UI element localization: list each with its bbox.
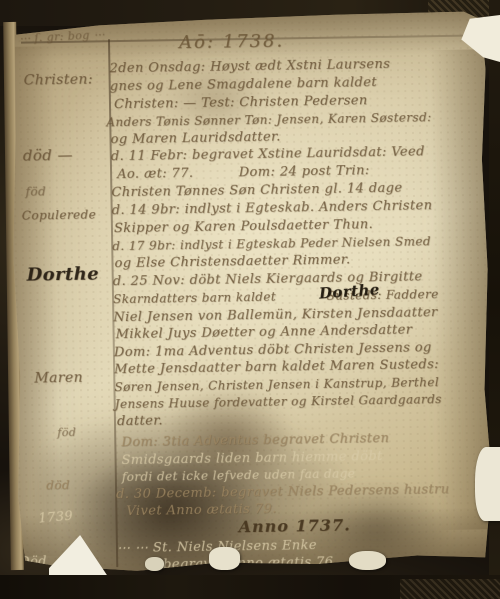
margin-year-1739: 1739	[38, 509, 74, 527]
manuscript-line: Dom: 3tia Adventus begravet Christen	[121, 431, 389, 450]
manuscript-line: fordi det icke lefvede uden faa dage	[122, 466, 356, 484]
torn-patch-right-edge	[475, 447, 500, 521]
torn-shard-bottom-3	[145, 557, 164, 571]
manuscript-line: 2den Onsdag: Høyst ædt Xstni Laursens	[109, 57, 390, 76]
margin-name-christen: Christen:	[23, 71, 93, 88]
manuscript-line: Ao. æt: 77. Dom: 24 post Trin:	[117, 163, 370, 182]
manuscript-line: Mette Jensdaatter barn kaldet Maren Sust…	[114, 357, 439, 377]
margin-copulerede: Copulerede	[22, 207, 97, 222]
anno-1737-heading: Anno 1737.	[239, 515, 351, 536]
margin-dod-2: död	[46, 478, 70, 492]
year-heading-1738: Aō: 1738.	[179, 30, 284, 53]
manuscript-line: Skarndatters barn kaldet Susteds: Fadder…	[113, 287, 439, 306]
manuscript-line: datter.	[117, 413, 163, 429]
torn-shard-bottom-2	[349, 551, 386, 570]
manuscript-line: Mikkel Juys Døetter og Anne Andersdatter	[116, 322, 413, 342]
manuscript-line: Smidsgaards liden barn hiemme döbt	[121, 449, 382, 468]
margin-name-maren: Maren	[34, 370, 83, 387]
manuscript-line: og Maren Lauridsdatter.	[110, 130, 280, 148]
manuscript-line: og Else Christensdaetter Rimmer.	[114, 252, 350, 271]
manuscript-line: d. 30 Decemb: begravet Niels Pedersens h…	[116, 482, 449, 502]
manuscript-line: d. 11 Febr: begravet Xstine Lauridsdat: …	[111, 144, 425, 164]
manuscript-line: gnes og Lene Smagdalene barn kaldet	[110, 75, 377, 94]
margin-fod-1: föd	[25, 184, 46, 198]
manuscript-line: Jensens Huuse fordevatter og Kirstel Gaa…	[115, 392, 442, 411]
margin-name-dorthe: Dorthe	[27, 263, 100, 285]
manuscript-line: Skipper og Karen Poulsdaetter Thun.	[114, 217, 373, 236]
manuscript-line: d. 17 9br: indlyst i Egteskab Peder Niel…	[112, 234, 431, 253]
top-left-inscription: ⋯ ſ. gr: bog ⋯	[19, 28, 105, 45]
manuscript-line: Anders Tønis Sønner Tøn: Jensen, Karen S…	[106, 110, 431, 129]
manuscript-line: — begravet anno ætatis 76.	[145, 555, 338, 573]
margin-fod-2: föd	[57, 426, 76, 439]
margin-dod-1: död —	[23, 146, 73, 165]
manuscript-line: Søren Jensen, Christen Jensen i Kanstrup…	[114, 375, 439, 394]
torn-shard-bottom-1	[209, 547, 240, 570]
cover-cloth-texture-bottomright	[400, 579, 500, 599]
register-page: ⋯ ſ. gr: bog ⋯ Christen: död — föd Copul…	[9, 9, 496, 578]
manuscript-photo: ⋯ ſ. gr: bog ⋯ Christen: död — föd Copul…	[0, 0, 500, 599]
manuscript-line: Christen Tønnes Søn Christen gl. 14 dage	[111, 181, 402, 201]
manuscript-line: Christen: — Test: Christen Pedersen	[114, 93, 368, 112]
manuscript-line: d. 14 9br: indlyst i Egteskab. Anders Ch…	[112, 198, 433, 218]
